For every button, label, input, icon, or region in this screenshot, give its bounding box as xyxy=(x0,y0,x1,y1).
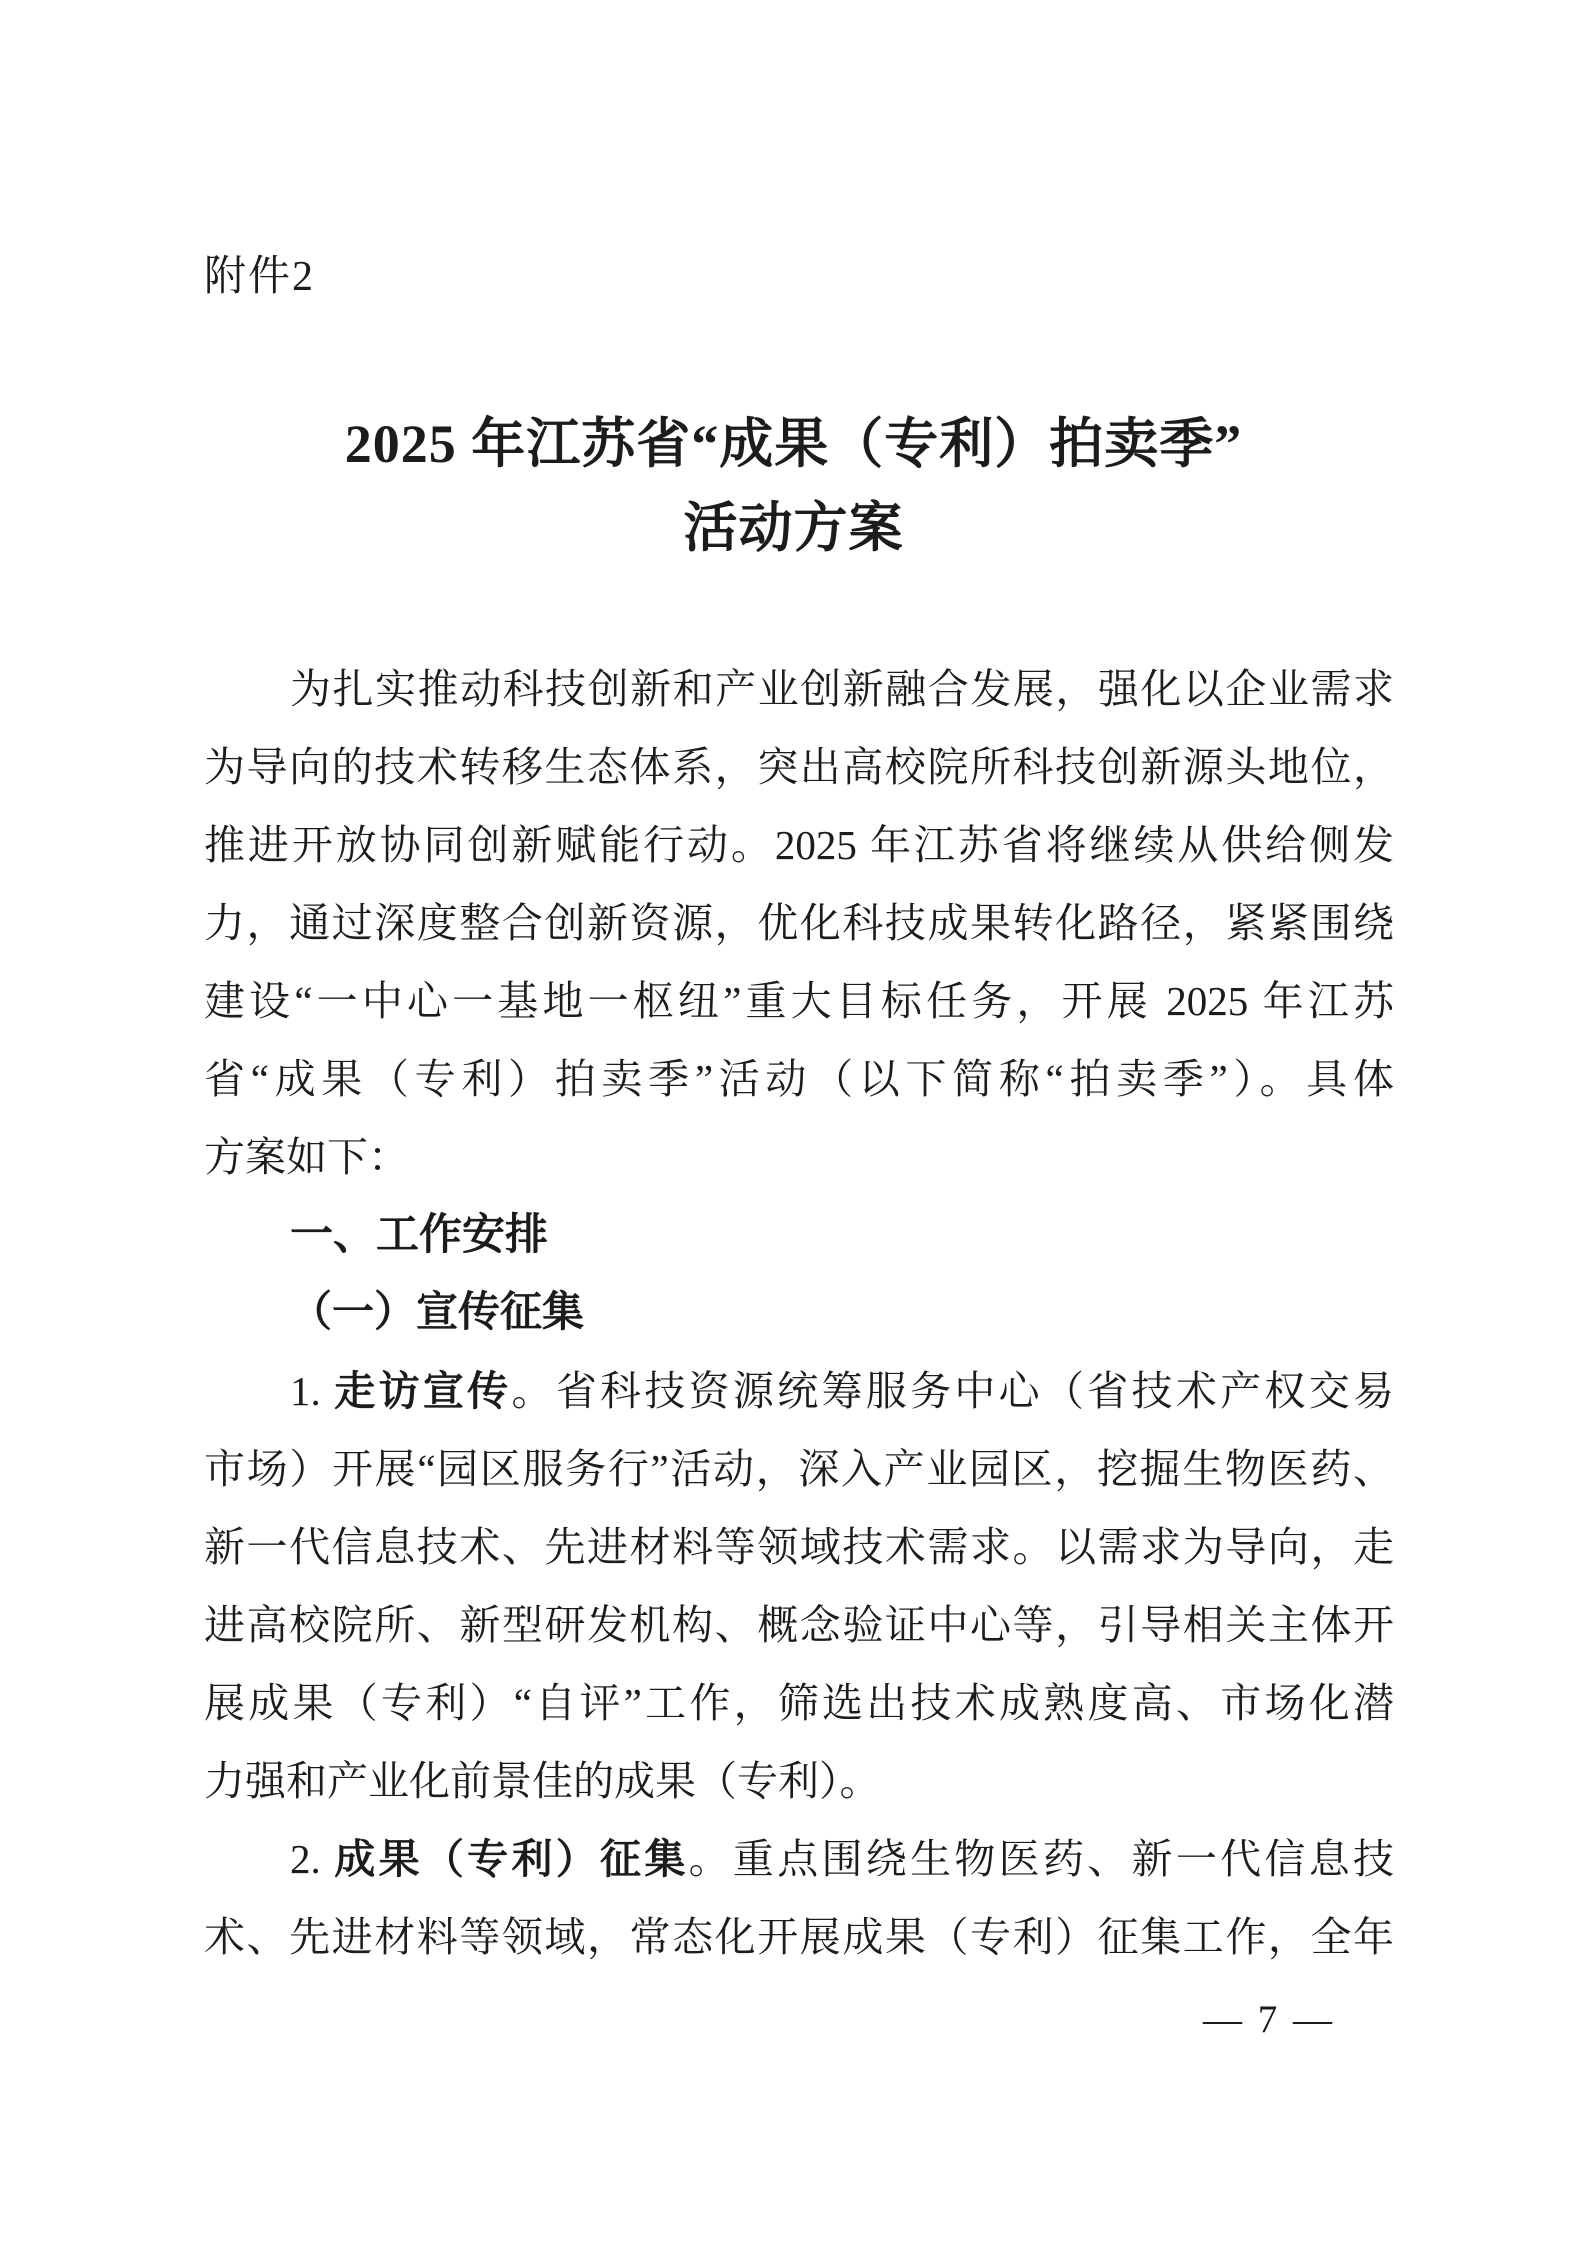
text-run: 推进开放协同创新赋能行动。2025 年江苏省将继续从供给侧发 xyxy=(204,822,1394,868)
page-number: — 7 — xyxy=(1203,1998,1335,2042)
text-run: （一）宣传征集 xyxy=(290,1290,584,1336)
text-run: 省“成果（专利）拍卖季”活动（以下简称“拍卖季”）。具体 xyxy=(204,1056,1394,1102)
document-title: 2025 年江苏省“成果（专利）拍卖季” 活动方案 xyxy=(0,402,1587,570)
text-run: 为扎实推动科技创新和产业创新融合发展，强化以企业需求 xyxy=(290,666,1394,712)
body-line: 力，通过深度整合创新资源，优化科技成果转化路径，紧紧围绕 xyxy=(204,884,1394,962)
body-line: 建设“一中心一基地一枢纽”重大目标任务，开展 2025 年江苏 xyxy=(204,962,1394,1040)
body-line: 为导向的技术转移生态体系，突出高校院所科技创新源头地位， xyxy=(204,728,1394,806)
text-run: 新一代信息技术、先进材料等领域技术需求。以需求为导向，走 xyxy=(204,1524,1394,1570)
bold-run: 一、工作安排 xyxy=(290,1211,548,1259)
body-line: 市场）开展“园区服务行”活动，深入产业园区，挖掘生物医药、 xyxy=(204,1430,1394,1508)
body-line: 术、先进材料等领域，常态化开展成果（专利）征集工作，全年 xyxy=(204,1898,1394,1976)
body-line: 展成果（专利）“自评”工作，筛选出技术成熟度高、市场化潜 xyxy=(204,1664,1394,1742)
bold-run: 走访宣传 xyxy=(334,1368,511,1414)
title-line-2: 活动方案 xyxy=(0,486,1587,570)
text-run: 方案如下： xyxy=(204,1134,409,1180)
text-run: 。重点围绕生物医药、新一代信息技 xyxy=(689,1836,1394,1882)
body-line: 省“成果（专利）拍卖季”活动（以下简称“拍卖季”）。具体 xyxy=(204,1040,1394,1118)
title-line-1: 2025 年江苏省“成果（专利）拍卖季” xyxy=(0,402,1587,486)
body-line: 1. 走访宣传。省科技资源统筹服务中心（省技术产权交易 xyxy=(204,1352,1394,1430)
text-run: 。省科技资源统筹服务中心（省技术产权交易 xyxy=(511,1368,1394,1414)
body-line: 推进开放协同创新赋能行动。2025 年江苏省将继续从供给侧发 xyxy=(204,806,1394,884)
text-run: 市场）开展“园区服务行”活动，深入产业园区，挖掘生物医药、 xyxy=(204,1446,1394,1492)
text-run: 力强和产业化前景佳的成果（专利）。 xyxy=(204,1758,881,1804)
body-line: 2. 成果（专利）征集。重点围绕生物医药、新一代信息技 xyxy=(204,1820,1394,1898)
bold-run: 成果（专利）征集 xyxy=(334,1836,688,1882)
text-run: 展成果（专利）“自评”工作，筛选出技术成熟度高、市场化潜 xyxy=(204,1680,1394,1726)
body-line: 方案如下： xyxy=(204,1118,1394,1196)
document-page: 附件2 2025 年江苏省“成果（专利）拍卖季” 活动方案 为扎实推动科技创新和… xyxy=(0,0,1587,2245)
text-run: 1. xyxy=(290,1368,334,1414)
body-line: 进高校院所、新型研发机构、概念验证中心等，引导相关主体开 xyxy=(204,1586,1394,1664)
body-line: 为扎实推动科技创新和产业创新融合发展，强化以企业需求 xyxy=(204,650,1394,728)
text-run: 2. xyxy=(290,1836,334,1882)
text-run: 术、先进材料等领域，常态化开展成果（专利）征集工作，全年 xyxy=(204,1914,1394,1960)
body-line: 新一代信息技术、先进材料等领域技术需求。以需求为导向，走 xyxy=(204,1508,1394,1586)
text-run: 建设“一中心一基地一枢纽”重大目标任务，开展 2025 年江苏 xyxy=(204,978,1394,1024)
attachment-label: 附件2 xyxy=(204,252,315,302)
section-heading: 一、工作安排 xyxy=(204,1196,1394,1274)
sub-section-heading: （一）宣传征集 xyxy=(204,1274,1394,1352)
text-run: 力，通过深度整合创新资源，优化科技成果转化路径，紧紧围绕 xyxy=(204,900,1394,946)
text-run: 进高校院所、新型研发机构、概念验证中心等，引导相关主体开 xyxy=(204,1602,1394,1648)
document-body: 为扎实推动科技创新和产业创新融合发展，强化以企业需求为导向的技术转移生态体系，突… xyxy=(204,650,1394,1976)
text-run: 为导向的技术转移生态体系，突出高校院所科技创新源头地位， xyxy=(204,744,1394,790)
body-line: 力强和产业化前景佳的成果（专利）。 xyxy=(204,1742,1394,1820)
